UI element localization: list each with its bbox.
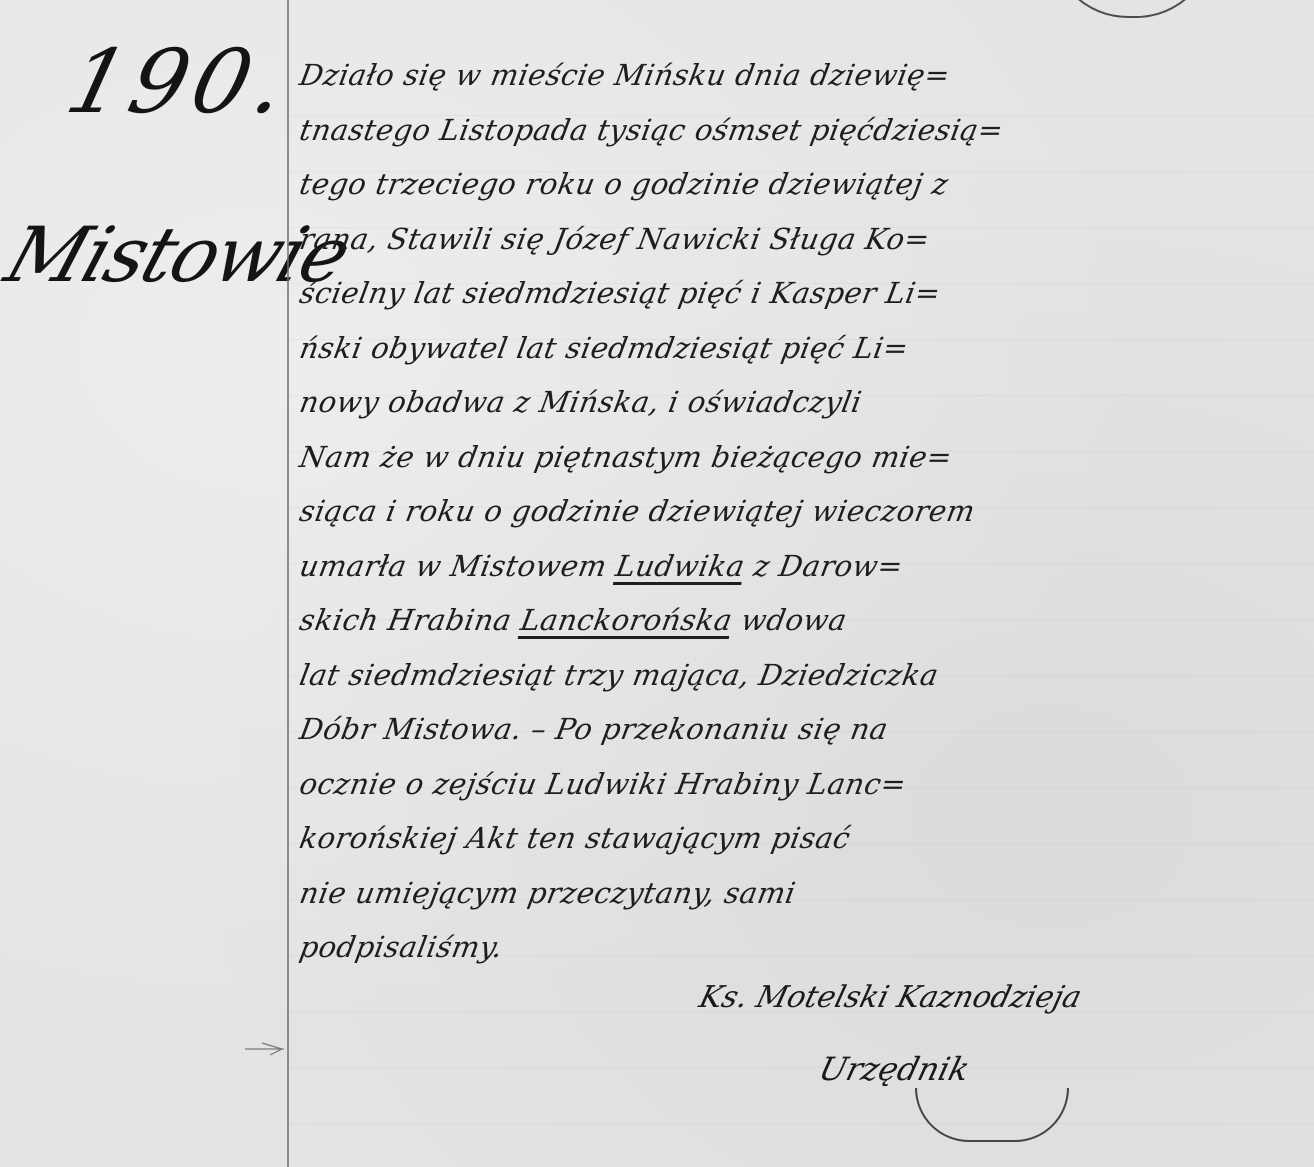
text-line-2: tnastego Listopada tysiąc ośmset pięćdzi… <box>295 103 1305 158</box>
text-line-7: nowy obadwa z Mińska, i oświadczyli <box>295 375 1305 430</box>
record-number: 190. <box>57 30 303 133</box>
text-line-5: ścielny lat siedmdziesiąt pięć i Kasper … <box>295 266 1305 321</box>
signature-official: Urzędnik <box>815 1050 973 1088</box>
text-line-13: Dóbr Mistowa. – Po przekonaniu się na <box>295 702 1305 757</box>
text-line-10: umarła w Mistowem Ludwika z Darow= <box>295 539 1305 594</box>
text-line-16: nie umiejącym przeczytany, sami <box>295 866 1305 921</box>
left-margin-column: 190. Mistowie <box>0 0 286 1167</box>
margin-rule-line <box>287 0 289 1167</box>
top-flourish-curve <box>1050 0 1214 18</box>
deceased-given-name: Ludwika <box>613 549 747 583</box>
text-line-15: korońskiej Akt ten stawającym pisać <box>295 811 1305 866</box>
text-line-12: lat siedmdziesiąt trzy mająca, Dziedzicz… <box>295 648 1305 703</box>
text-line-9: siąca i roku o godzinie dziewiątej wiecz… <box>295 484 1305 539</box>
text-line-14: ocznie o zejściu Ludwiki Hrabiny Lanc= <box>295 757 1305 812</box>
document-page: 190. Mistowie Działo się w mieście Mińsk… <box>0 0 1314 1167</box>
text-line-3: tego trzeciego roku o godzinie dziewiąte… <box>295 157 1305 212</box>
text-line-10-start: umarła w Mistowem <box>297 549 619 583</box>
text-line-11: skich Hrabina Lanckorońska wdowa <box>295 593 1305 648</box>
text-line-10-end: z Darow= <box>741 549 905 583</box>
text-line-11-end: wdowa <box>729 603 850 637</box>
text-line-6: ński obywatel lat siedmdziesiąt pięć Li= <box>295 321 1305 376</box>
text-line-8: Nam że w dniu piętnastym bieżącego mie= <box>295 430 1305 485</box>
signature-flourish <box>915 1088 1069 1142</box>
deceased-surname: Lanckorońska <box>518 603 735 637</box>
text-line-1: Działo się w mieście Mińsku dnia dziewię… <box>295 48 1305 103</box>
margin-tick-mark <box>240 1040 286 1060</box>
record-body-text: Działo się w mieście Mińsku dnia dziewię… <box>300 48 1300 975</box>
text-line-11-start: skich Hrabina <box>297 603 524 637</box>
text-line-4: rana, Stawili się Józef Nawicki Sługa Ko… <box>295 212 1305 267</box>
signature-priest: Ks. Motelski Kaznodzieja <box>696 980 1086 1015</box>
text-line-17: podpisaliśmy. <box>295 920 1305 975</box>
